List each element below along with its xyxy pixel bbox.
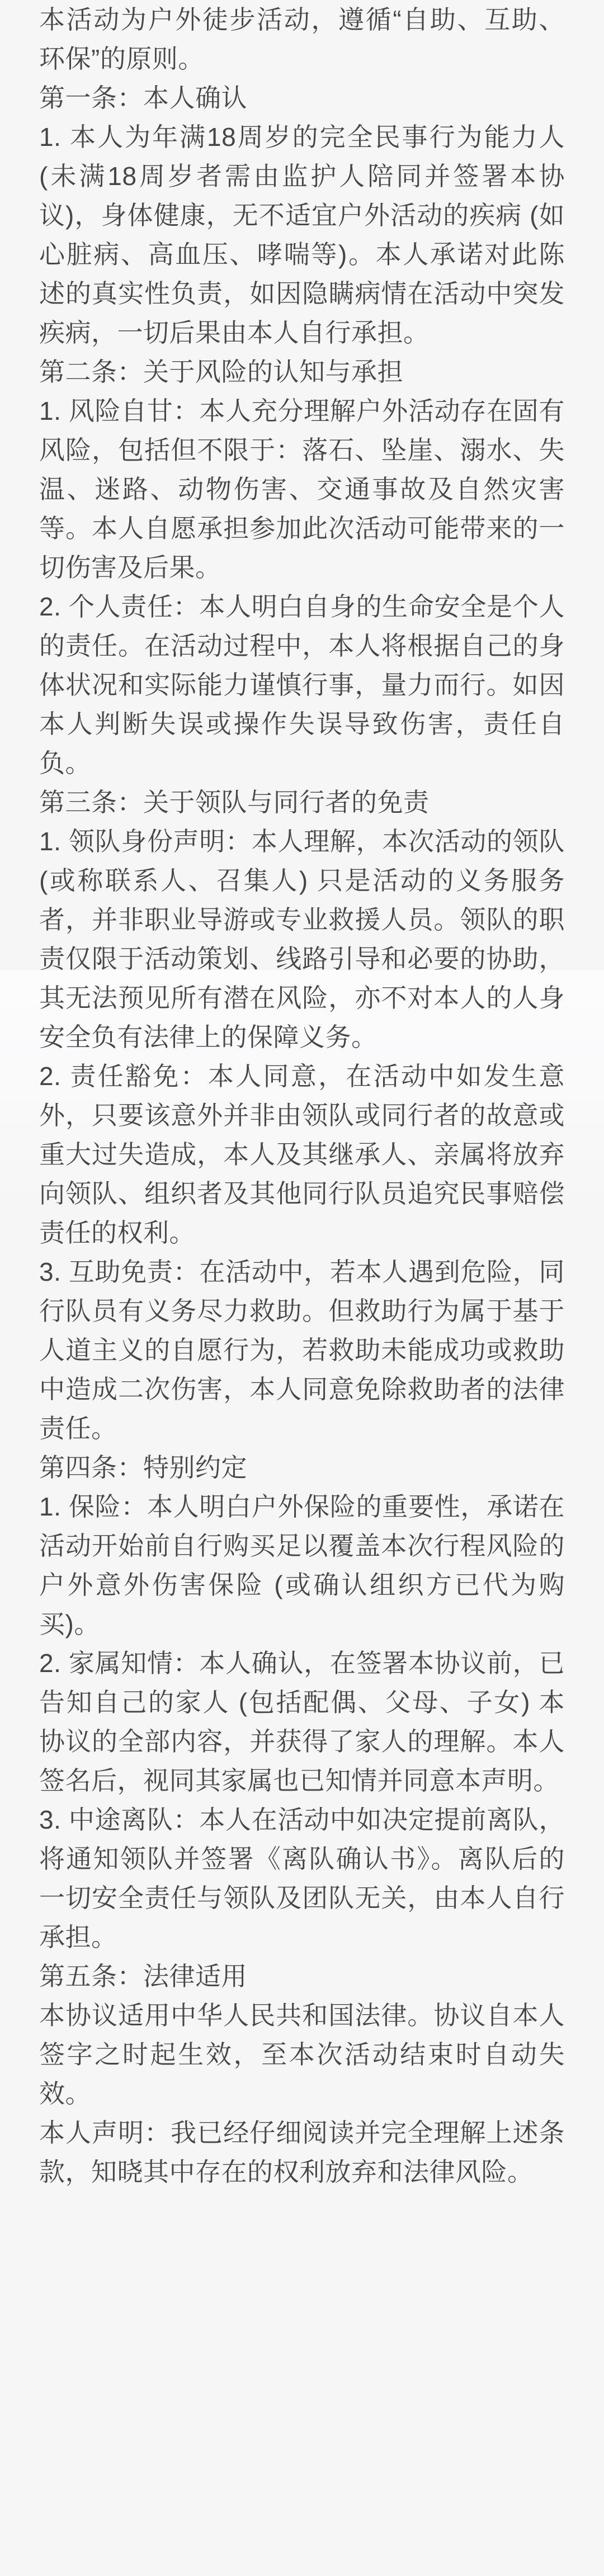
section-2-paragraph-1: 1. 风险自甘：本人充分理解户外活动存在固有风险，包括但不限于：落石、坠崖、溺水… [39,391,565,587]
section-3-heading: 第三条：关于领队与同行者的免责 [39,783,565,822]
personal-declaration-paragraph: 本人声明：我已经仔细阅读并完全理解上述条款，知晓其中存在的权利放弃和法律风险。 [39,2113,565,2191]
section-1-paragraph-1: 1. 本人为年满18周岁的完全民事行为能力人 (未满18周岁者需由监护人陪同并签… [39,117,565,352]
intro-paragraph: 本活动为户外徒步活动，遵循“自助、互助、环保”的原则。 [39,0,565,78]
section-4-paragraph-2: 2. 家属知情：本人确认，在签署本协议前，已告知自己的家人 (包括配偶、父母、子… [39,1644,565,1800]
section-4-heading: 第四条：特别约定 [39,1448,565,1487]
section-4-paragraph-1: 1. 保险：本人明白户外保险的重要性，承诺在活动开始前自行购买足以覆盖本次行程风… [39,1487,565,1644]
section-3-paragraph-3: 3. 互助免责：在活动中，若本人遇到危险，同行队员有义务尽力救助。但救助行为属于… [39,1252,565,1448]
section-2-heading: 第二条：关于风险的认知与承担 [39,352,565,391]
section-2-paragraph-2: 2. 个人责任：本人明白自身的生命安全是个人的责任。在活动过程中，本人将根据自己… [39,587,565,783]
section-5-paragraph-1: 本协议适用中华人民共和国法律。协议自本人签字之时起生效，至本次活动结束时自动失效… [39,1996,565,2113]
agreement-document-page: 本活动为户外徒步活动，遵循“自助、互助、环保”的原则。 第一条：本人确认 1. … [0,0,604,2576]
section-3-paragraph-2: 2. 责任豁免：本人同意，在活动中如发生意外，只要该意外并非由领队或同行者的故意… [39,1057,565,1252]
section-1-heading: 第一条：本人确认 [39,78,565,117]
section-4-paragraph-3: 3. 中途离队：本人在活动中如决定提前离队，将通知领队并签署《离队确认书》。离队… [39,1800,565,1957]
section-5-heading: 第五条：法律适用 [39,1957,565,1996]
section-3-paragraph-1: 1. 领队身份声明：本人理解，本次活动的领队 (或称联系人、召集人) 只是活动的… [39,822,565,1057]
